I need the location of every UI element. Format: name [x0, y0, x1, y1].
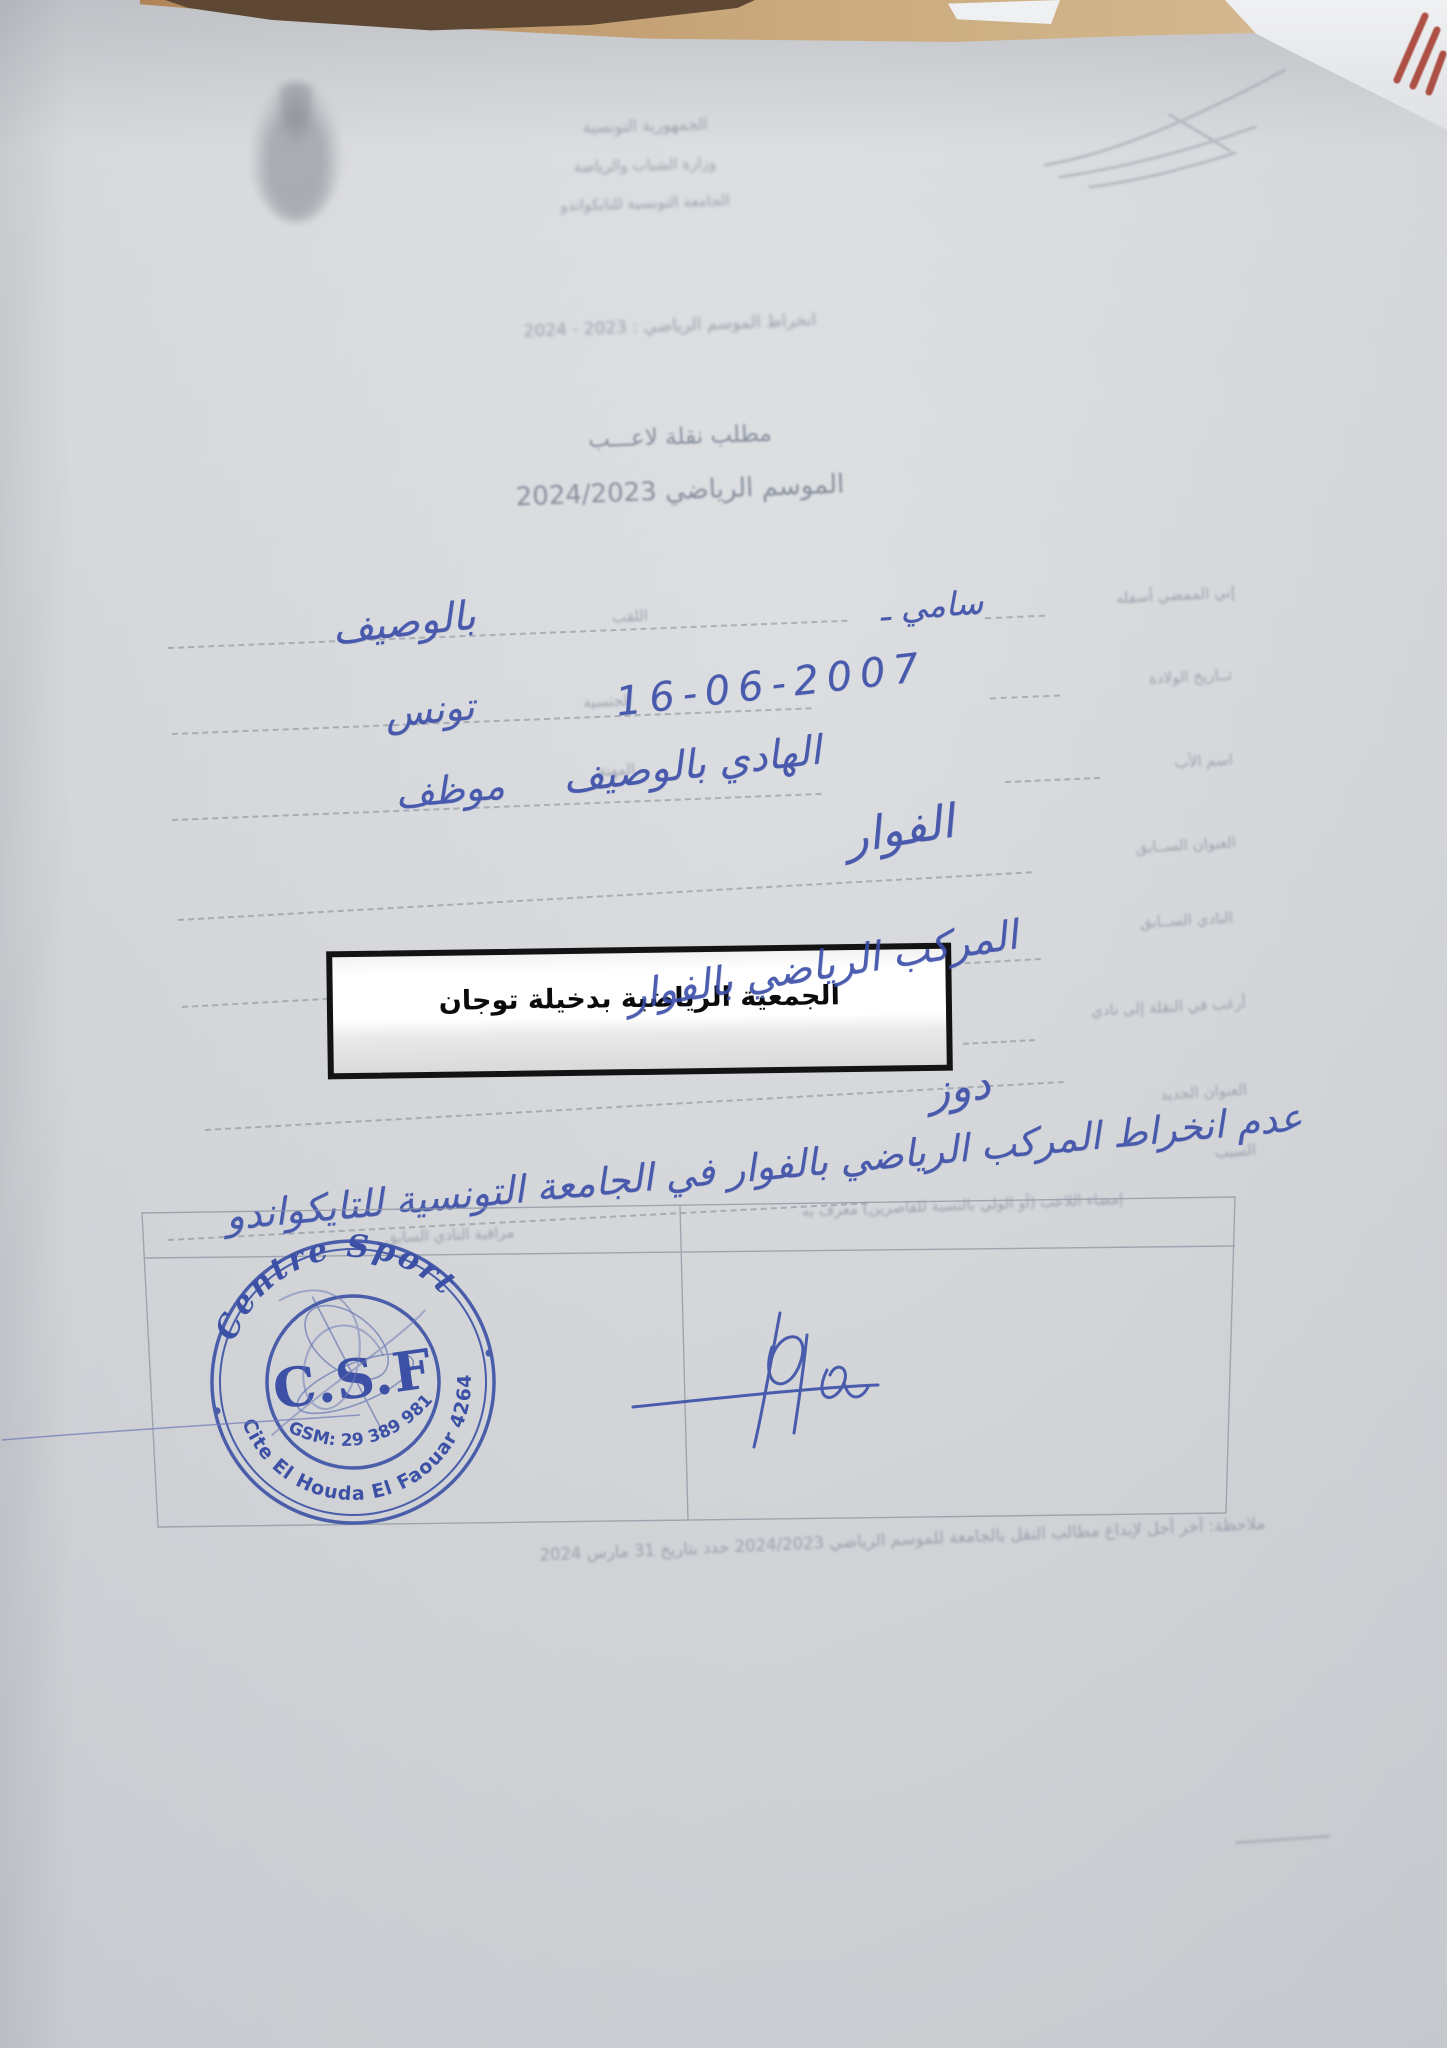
- player-signature: [620, 1295, 940, 1465]
- field-label-surname: اللقب: [588, 606, 649, 627]
- coat-of-arms-emblem: [250, 82, 342, 222]
- enrollment-years: 2024 - 2023: [523, 318, 627, 342]
- pen-stroke-left: [0, 1360, 560, 1500]
- handwriting-first-name: سامي ـ: [879, 582, 985, 628]
- handwriting-new-address: دوز: [925, 1058, 994, 1117]
- top-right-signature-scribble: [1030, 55, 1310, 215]
- red-mark: [1385, 8, 1447, 100]
- handwriting-nationality: تونس: [383, 684, 476, 736]
